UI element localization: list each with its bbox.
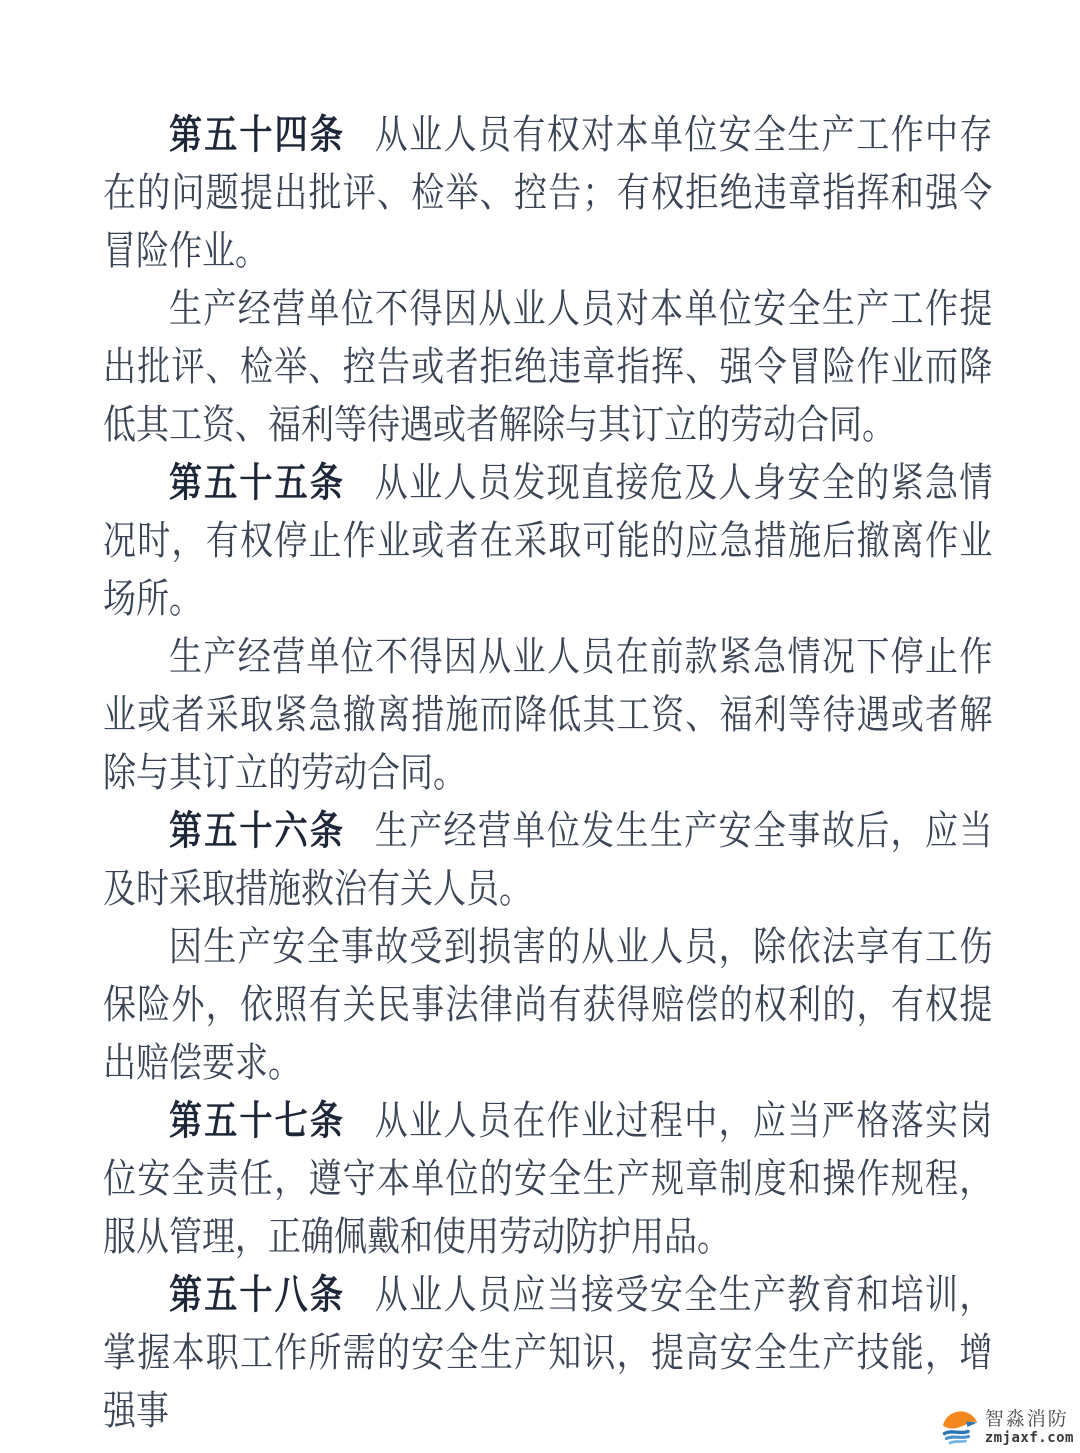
article-body-text: 因生产安全事故受到损害的从业人员，除依法享有工伤保险外，依照有关民事法律尚有获得… [103, 924, 992, 1085]
article-number: 第五十四条 [169, 113, 345, 157]
article-number: 第五十五条 [169, 461, 345, 505]
document-page: 第五十四条从业人员有权对本单位安全生产工作中存在的问题提出批评、检举、控告；有权… [0, 0, 1080, 1453]
logo-wave-1 [944, 1432, 968, 1434]
law-paragraph: 生产经营单位不得因从业人员对本单位安全生产工作提出批评、检举、控告或者拒绝违章指… [103, 280, 992, 454]
law-paragraph: 第五十八条从业人员应当接受安全生产教育和培训，掌握本职工作所需的安全生产知识，提… [103, 1266, 992, 1440]
law-paragraph: 第五十四条从业人员有权对本单位安全生产工作中存在的问题提出批评、检举、控告；有权… [103, 106, 992, 280]
watermark: 智淼消防 zmjaxf.com [940, 1408, 1074, 1448]
law-text-block: 第五十四条从业人员有权对本单位安全生产工作中存在的问题提出批评、检举、控告；有权… [103, 106, 992, 1440]
logo-wave-3 [950, 1441, 966, 1443]
logo-blue-wedge [966, 1422, 977, 1428]
law-paragraph: 因生产安全事故受到损害的从业人员，除依法享有工伤保险外，依照有关民事法律尚有获得… [103, 918, 992, 1092]
article-number: 第五十八条 [169, 1273, 345, 1317]
article-number: 第五十六条 [169, 809, 345, 853]
law-paragraph: 第五十七条从业人员在作业过程中，应当严格落实岗位安全责任，遵守本单位的安全生产规… [103, 1092, 992, 1266]
law-paragraph: 生产经营单位不得因从业人员在前款紧急情况下停止作业或者采取紧急撤离措施而降低其工… [103, 628, 992, 802]
article-body-text: 生产经营单位不得因从业人员对本单位安全生产工作提出批评、检举、控告或者拒绝违章指… [103, 286, 992, 447]
article-body-text: 生产经营单位不得因从业人员在前款紧急情况下停止作业或者采取紧急撤离措施而降低其工… [103, 634, 992, 795]
watermark-brand-name: 智淼消防 [985, 1410, 1074, 1431]
law-paragraph: 第五十六条生产经营单位发生生产安全事故后，应当及时采取措施救治有关人员。 [103, 802, 992, 918]
logo-orange-swoosh [943, 1411, 977, 1428]
article-number: 第五十七条 [169, 1099, 345, 1143]
watermark-text: 智淼消防 zmjaxf.com [985, 1410, 1074, 1446]
logo-wave-2 [946, 1437, 968, 1439]
watermark-website: zmjaxf.com [985, 1431, 1074, 1446]
law-paragraph: 第五十五条从业人员发现直接危及人身安全的紧急情况时，有权停止作业或者在采取可能的… [103, 454, 992, 628]
zhimiao-fire-logo-icon [940, 1408, 980, 1448]
